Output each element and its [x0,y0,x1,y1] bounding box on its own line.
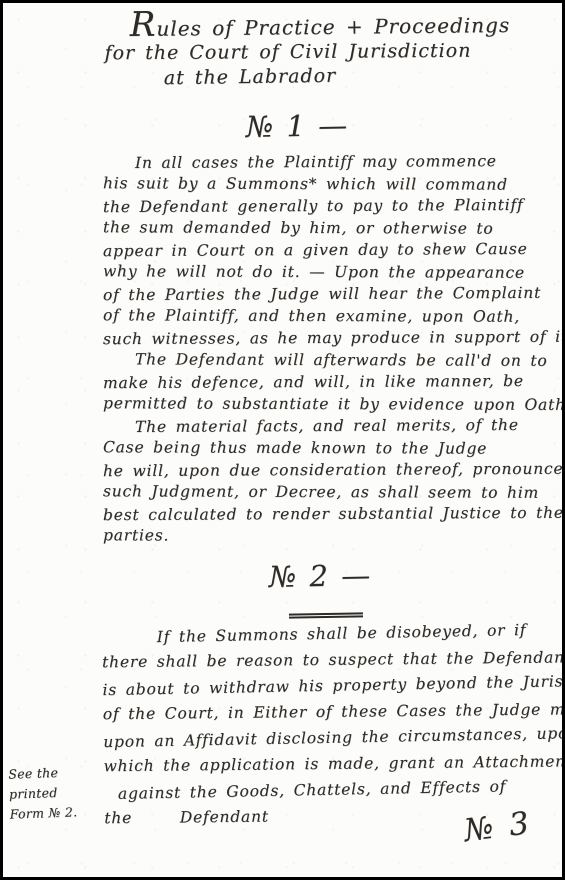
manuscript-line: the sum demanded by him, or otherwise to [103,216,530,239]
manuscript-line: parties. [103,524,530,547]
manuscript-line: he will, upon due consideration thereof,… [103,458,530,482]
document-title: Rules of Practice + Proceedings for the … [73,13,507,90]
manuscript-line: his suit by a Summons* which will comman… [103,172,530,195]
manuscript-line: make his defence, and will, in like mann… [103,370,530,394]
manuscript-line: permitted to substantiate it by evidence… [103,392,530,415]
manuscript-line: the Defendant generally to pay to the Pl… [103,194,530,218]
manuscript-page: Rules of Practice + Proceedings for the … [0,0,565,880]
manuscript-line: such Judgment, or Decree, as shall seem … [103,480,530,503]
manuscript-line: In all cases the Plaintiff may commence [103,150,530,174]
manuscript-line: of the Plaintiff, and then examine, upon… [103,304,530,327]
manuscript-line: The Defendant will afterwards be call'd … [103,348,530,371]
section-1-body: In all cases the Plaintiff may commence … [103,151,530,547]
margin-note: See the printed Form № 2. [8,761,105,824]
catchword-next-page: № 3 [462,805,534,849]
section-2-body: If the Summons shall be disobeyed, or if… [102,618,536,832]
manuscript-line: best calculated to render substantial Ju… [103,502,530,526]
manuscript-line: Case being thus made known to the Judge [103,436,530,459]
manuscript-line: The material facts, and real merits, of … [103,414,530,438]
manuscript-line: of the Parties the Judge will hear the C… [103,282,530,306]
section-2-heading-underline [289,612,363,618]
section-2-heading: № 2 — [41,554,565,598]
margin-note-line-2: Form № 2. [9,801,105,824]
margin-note-line-1: See the printed [8,761,104,804]
manuscript-line: such witnesses, as he may produce in sup… [103,326,530,350]
section-1-heading: № 1 — [18,104,565,148]
title-line-3: at the Labrador [33,62,467,93]
title-line-1: Rules of Practice + Proceedings [103,11,537,43]
manuscript-line: appear in Court on a given day to shew C… [103,238,530,262]
manuscript-line: why he will not do it. — Upon the appear… [103,260,530,283]
